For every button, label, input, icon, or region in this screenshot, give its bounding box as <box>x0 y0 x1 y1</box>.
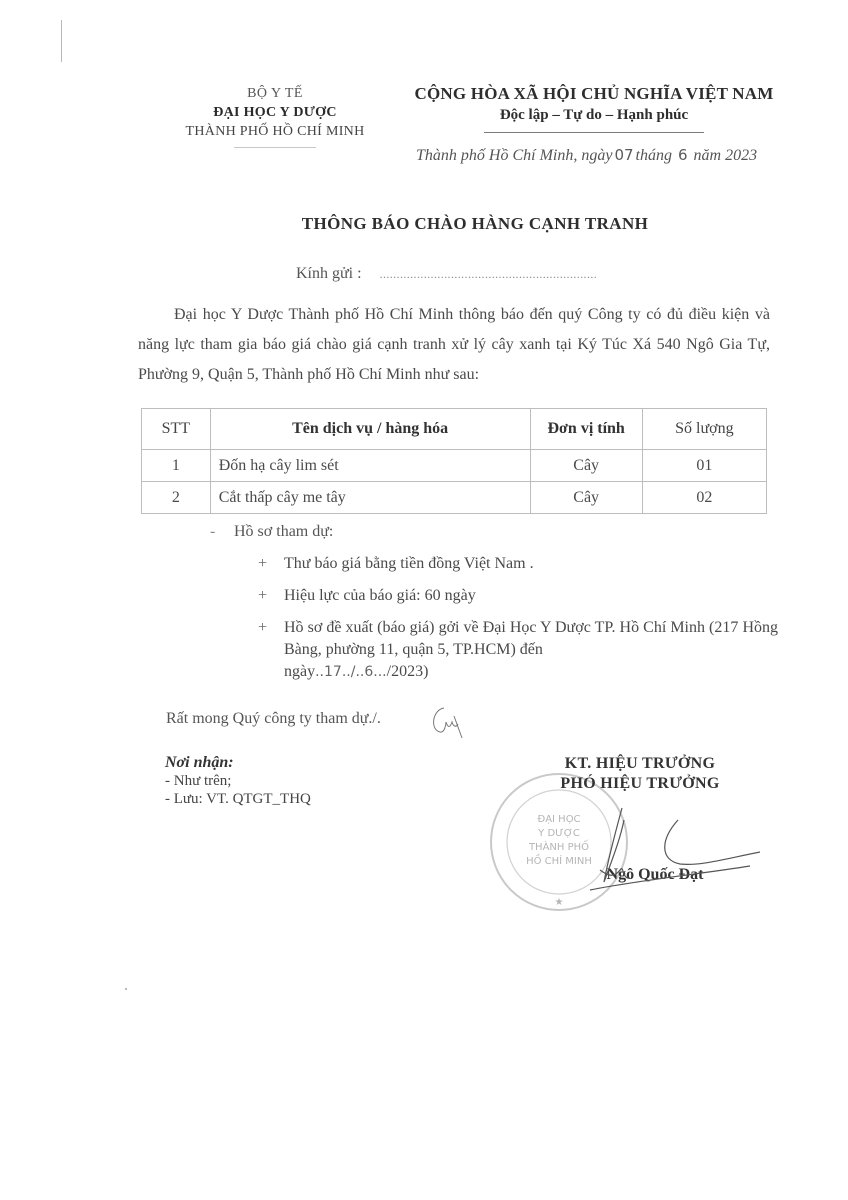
handwritten-signature-icon <box>560 800 760 900</box>
list-item: + Hiệu lực của báo giá: 60 ngày <box>258 585 778 607</box>
deadline-month: ..6... <box>355 664 386 680</box>
signer-title-2: PHÓ HIỆU TRƯỞNG <box>520 774 760 794</box>
cell-quantity: 01 <box>642 450 766 482</box>
body-paragraph: Đại học Y Dược Thành phố Hồ Chí Minh thô… <box>138 300 770 390</box>
header-stt: STT <box>142 409 211 450</box>
requirements-heading-text: Hồ sơ tham dự: <box>234 523 333 540</box>
dateline: Thành phố Hồ Chí Minh, ngày07tháng 6 năm… <box>416 146 757 165</box>
table-row: 1 Đốn hạ cây lim sét Cây 01 <box>142 450 767 482</box>
header-quantity: Số lượng <box>642 409 766 450</box>
requirement-text: Hiệu lực của báo giá: 60 ngày <box>284 585 778 607</box>
cell-quantity: 02 <box>642 482 766 514</box>
cell-unit: Cây <box>530 482 642 514</box>
recipients-block: Nơi nhận: - Như trên; - Lưu: VT. QTGT_TH… <box>165 754 311 808</box>
items-table: STT Tên dịch vụ / hàng hóa Đơn vị tính S… <box>141 408 767 514</box>
cell-service: Đốn hạ cây lim sét <box>210 450 530 482</box>
city-name: THÀNH PHỐ HỒ CHÍ MINH <box>150 122 400 141</box>
university-name: ĐẠI HỌC Y DƯỢC <box>150 103 400 122</box>
deadline-suffix: /2023) <box>387 663 429 680</box>
dateline-month-label: tháng <box>636 147 672 164</box>
dateline-year: năm 2023 <box>694 147 758 164</box>
issuer-header: BỘ Y TẾ ĐẠI HỌC Y DƯỢC THÀNH PHỐ HỒ CHÍ … <box>150 84 400 148</box>
dateline-month: 6 <box>678 146 688 164</box>
country-name: CỘNG HÒA XÃ HỘI CHỦ NGHĨA VIỆT NAM <box>388 83 800 105</box>
submission-text: Hồ sơ đề xuất (báo giá) gởi về Đại Học Y… <box>284 619 778 658</box>
requirement-text: Hồ sơ đề xuất (báo giá) gởi về Đại Học Y… <box>284 617 778 683</box>
plus-bullet: + <box>258 585 284 607</box>
document-title: THÔNG BÁO CHÀO HÀNG CẠNH TRANH <box>150 214 800 234</box>
cell-stt: 1 <box>142 450 211 482</box>
recipient-entry: - Lưu: VT. QTGT_THQ <box>165 790 311 808</box>
header-left-rule <box>234 147 316 148</box>
national-header: CỘNG HÒA XÃ HỘI CHỦ NGHĨA VIỆT NAM Độc l… <box>388 83 800 133</box>
table-header-row: STT Tên dịch vụ / hàng hóa Đơn vị tính S… <box>142 409 767 450</box>
list-item: + Hồ sơ đề xuất (báo giá) gởi về Đại Học… <box>258 617 778 683</box>
cell-unit: Cây <box>530 450 642 482</box>
margin-mark <box>61 20 62 62</box>
deadline-prefix: ngày <box>284 663 315 680</box>
requirements-heading: -Hồ sơ tham dự: <box>210 523 333 541</box>
dateline-prefix: Thành phố Hồ Chí Minh, ngày <box>416 147 612 164</box>
plus-bullet: + <box>258 617 284 683</box>
requirement-text: Thư báo giá bằng tiền đồng Việt Nam . <box>284 553 778 575</box>
recipient-label: Kính gửi : <box>296 265 362 282</box>
dateline-day: 07 <box>614 146 633 164</box>
plus-bullet: + <box>258 553 284 575</box>
requirements-list: + Thư báo giá bằng tiền đồng Việt Nam . … <box>258 553 778 693</box>
cell-stt: 2 <box>142 482 211 514</box>
initials-mark-icon <box>426 702 466 742</box>
ministry-name: BỘ Y TẾ <box>150 84 400 103</box>
header-unit: Đơn vị tính <box>530 409 642 450</box>
header-service: Tên dịch vụ / hàng hóa <box>210 409 530 450</box>
dash-bullet: - <box>210 523 234 541</box>
scan-speck <box>125 988 127 990</box>
recipients-heading: Nơi nhận: <box>165 754 311 772</box>
deadline-day: ..17../ <box>315 664 355 680</box>
recipient-entry: - Như trên; <box>165 772 311 790</box>
closing-line: Rất mong Quý công ty tham dự./. <box>166 710 381 728</box>
national-motto: Độc lập – Tự do – Hạnh phúc <box>388 105 800 125</box>
recipient-line: Kính gửi :..............................… <box>296 265 597 283</box>
cell-service: Cắt thấp cây me tây <box>210 482 530 514</box>
header-right-rule <box>484 132 704 133</box>
list-item: + Thư báo giá bằng tiền đồng Việt Nam . <box>258 553 778 575</box>
recipient-blank: ........................................… <box>380 267 598 281</box>
table-row: 2 Cắt thấp cây me tây Cây 02 <box>142 482 767 514</box>
signer-title-1: KT. HIỆU TRƯỞNG <box>520 754 760 774</box>
